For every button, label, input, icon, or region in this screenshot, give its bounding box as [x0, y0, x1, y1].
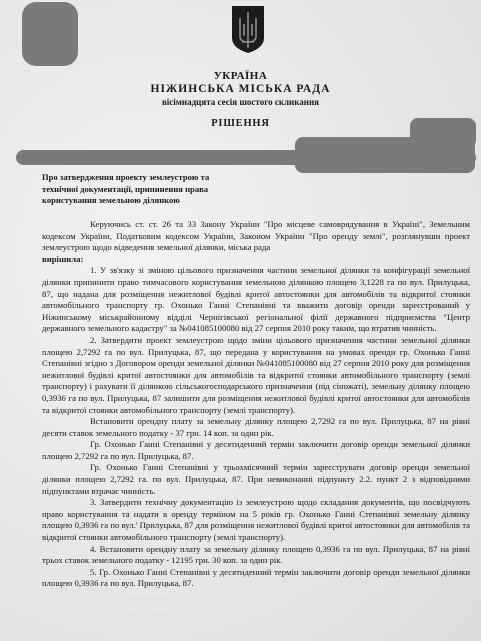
item-2-rent: Встановити орендну плату за земельну діл…: [42, 416, 470, 439]
item-1: 1. У зв'язку зі зміною цільового признач…: [42, 265, 470, 335]
subject-line: технічної документації, припинення права: [42, 184, 302, 196]
scanned-document-page: УКРАЇНА НІЖИНСЬКА МІСЬКА РАДА вісімнадця…: [0, 0, 481, 641]
resolved-label: вирішила:: [42, 254, 470, 266]
item-4: 4. Встановити орендну плату за земельну …: [42, 544, 470, 567]
subject-line: користування земельною ділянкою: [42, 195, 302, 207]
redaction-stamp: [22, 2, 78, 66]
coat-of-arms-icon: [230, 4, 266, 54]
decision-heading: РІШЕННЯ: [0, 118, 481, 129]
item-2-registration: Гр. Охонько Ганні Степанівні у трьохміся…: [42, 462, 470, 497]
item-2-contract: Гр. Охонько Ганні Степанівні у десятиден…: [42, 439, 470, 462]
council-heading: НІЖИНСЬКА МІСЬКА РАДА: [0, 83, 481, 95]
preamble: Керуючись ст. ст. 26 та 33 Закону Україн…: [42, 219, 470, 254]
item-3: 3. Затвердити технічну документацію із з…: [42, 497, 470, 543]
item-2: 2. Затвердити проект землеустрою щодо зм…: [42, 335, 470, 416]
decision-subject: Про затвердження проекту землеустрою та …: [42, 172, 302, 207]
decision-body: Керуючись ст. ст. 26 та 33 Закону Україн…: [42, 219, 470, 590]
country-heading: УКРАЇНА: [0, 70, 481, 82]
session-heading: вісімнадцята сесія шостого скликання: [0, 97, 481, 107]
item-5: 5. Гр. Охонько Ганні Степанівні у десяти…: [42, 567, 470, 590]
subject-line: Про затвердження проекту землеустрою та: [42, 172, 302, 184]
